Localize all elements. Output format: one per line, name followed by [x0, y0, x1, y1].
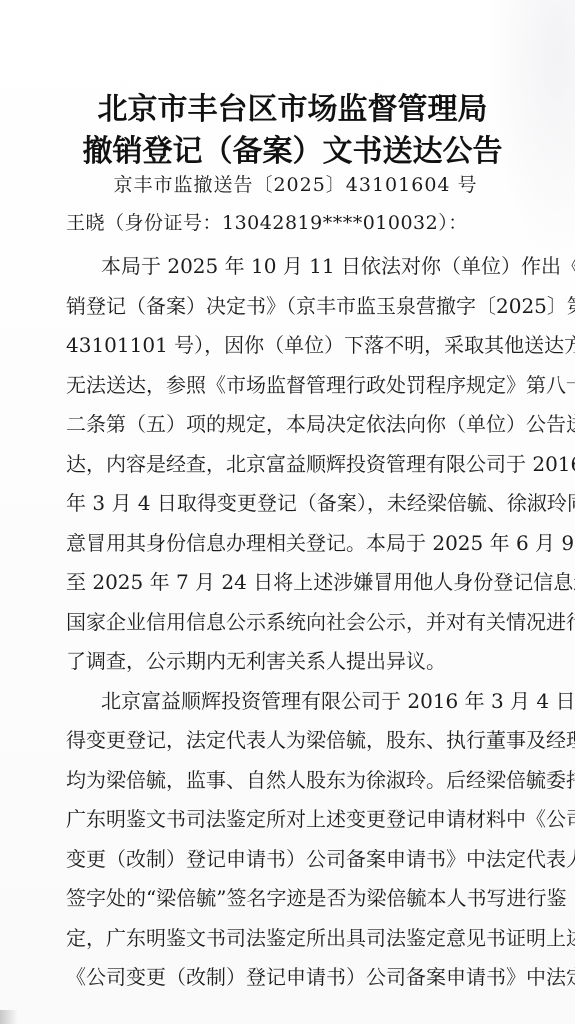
body-line: 二条第（五）项的规定，本局决定依法向你（单位）公告送 — [66, 411, 522, 437]
body-line: 意冒用其身份信息办理相关登记。本局于 2025 年 6 月 9 日 — [66, 530, 522, 556]
body-line: 43101101 号），因你（单位）下落不明，采取其他送达方式 — [66, 332, 522, 358]
body-line: 得变更登记，法定代表人为梁倍毓，股东、执行董事及经理 — [66, 727, 522, 753]
salutation: 王晓（身份证号：13042819****010032）： — [66, 210, 468, 236]
body-line: 签字处的“梁倍毓”签名字迹是否为梁倍毓本人书写进行鉴 — [66, 885, 522, 911]
body-line: 本局于 2025 年 10 月 11 日依法对你（单位）作出《撤 — [101, 253, 522, 279]
title-issuer: 北京市丰台区市场监督管理局 — [0, 92, 575, 128]
body-line: 年 3 月 4 日取得变更登记（备案），未经梁倍毓、徐淑玲同 — [66, 490, 522, 516]
body-line: 均为梁倍毓，监事、自然人股东为徐淑玲。后经梁倍毓委托 — [66, 767, 522, 793]
body-line: 广东明鉴文书司法鉴定所对上述变更登记申请材料中《公司 — [66, 806, 522, 832]
body-line: 了调查，公示期内无利害关系人提出异议。 — [66, 648, 522, 674]
body-line: 《公司变更（改制）登记申请书）公司备案申请书》中法定 — [66, 964, 522, 990]
body-line: 销登记（备案）决定书》（京丰市监玉泉营撤字〔2025〕第 — [66, 293, 522, 319]
document-number: 京丰市监撤送告〔2025〕43101604 号 — [0, 172, 575, 198]
body-line: 定，广东明鉴文书司法鉴定所出具司法鉴定意见书证明上述 — [66, 925, 522, 951]
body-line: 变更（改制）登记申请书）公司备案申请书》中法定代表人 — [66, 846, 522, 872]
scan-smudge — [485, 0, 575, 260]
body-line: 国家企业信用信息公示系统向社会公示，并对有关情况进行 — [66, 609, 522, 635]
body-line: 达，内容是经查，北京富益顺辉投资管理有限公司于 2016 — [66, 451, 522, 477]
title-notice: 撤销登记（备案）文书送达公告 — [0, 134, 575, 170]
body-line: 至 2025 年 7 月 24 日将上述涉嫌冒用他人身份登记信息通过 — [66, 569, 522, 595]
scan-corner-shadow — [0, 1010, 18, 1024]
document-page: 北京市丰台区市场监督管理局 撤销登记（备案）文书送达公告 京丰市监撤送告〔202… — [0, 0, 575, 1024]
body-line: 北京富益顺辉投资管理有限公司于 2016 年 3 月 4 日取 — [101, 688, 522, 714]
body-line: 无法送达，参照《市场监督管理行政处罚程序规定》第八十 — [66, 372, 522, 398]
